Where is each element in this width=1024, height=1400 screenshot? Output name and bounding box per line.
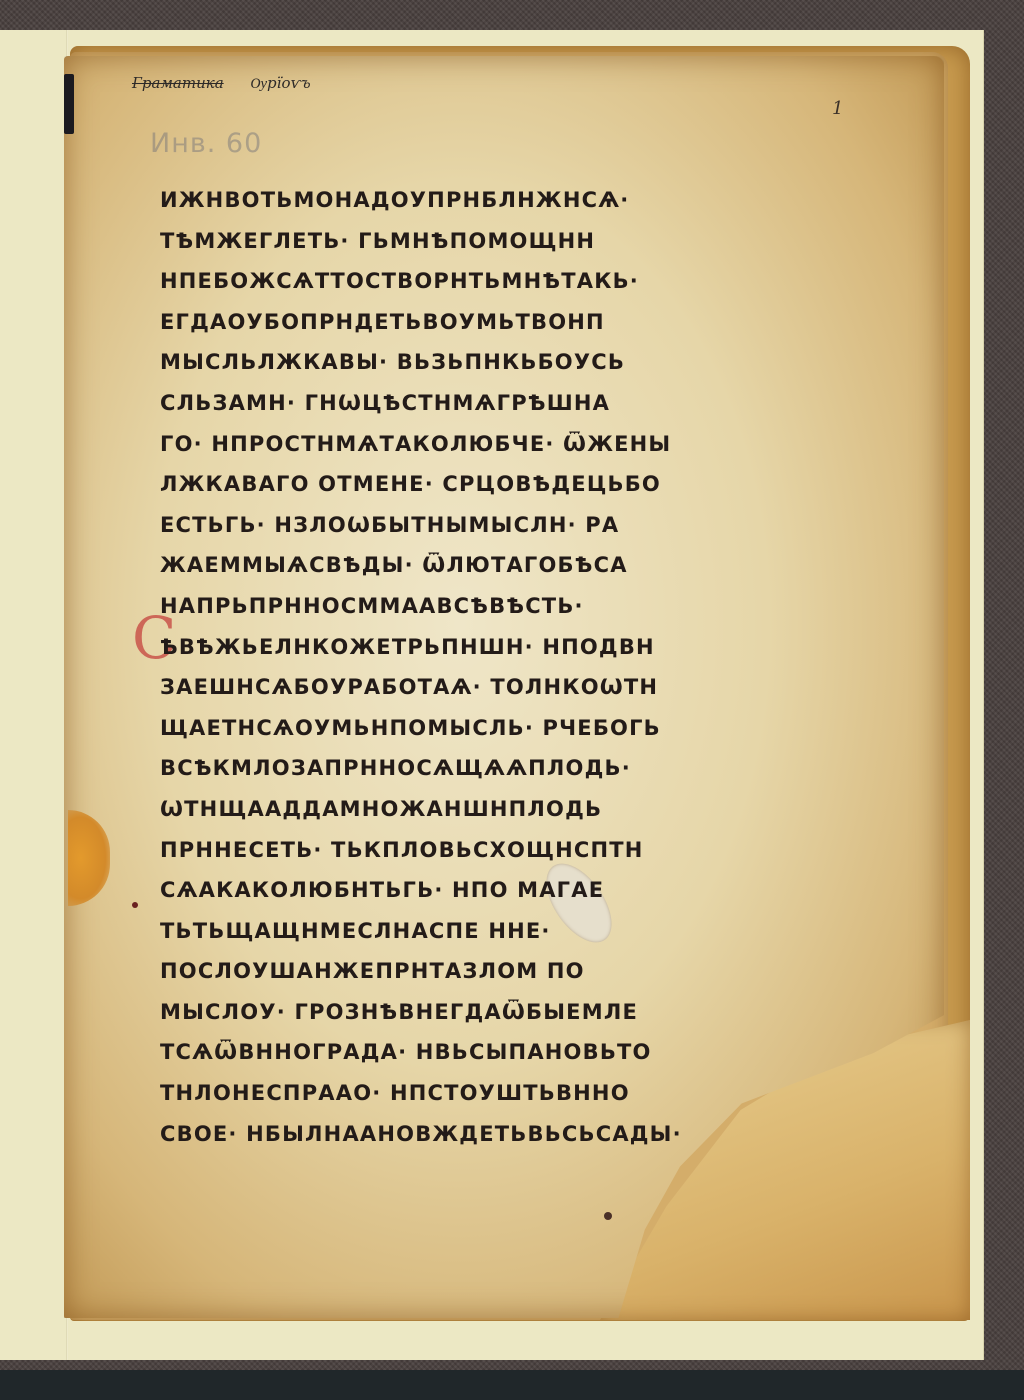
text-line: сѧакаколюбнтьгь· нпо магае [160,870,770,911]
text-line: мыслоу· грознѣвнегдаѿбыемле [160,992,770,1033]
text-line: естьгь· нзлоѡбытнымыслн· ра [160,505,770,546]
text-line: ѣвѣжьелнкожетрьпншн· нподвн [160,627,770,668]
text-line: прннесеть· тькпловьсхощнсптн [160,830,770,871]
binding-tab-mark [64,74,74,134]
folio-number: 1 [832,98,843,119]
margin-mark [132,902,138,908]
top-annotation: Граматика Ѹрїоѵъ [132,74,311,93]
text-line: го· нпростнмѧтаколюбче· ѿжены [160,424,770,465]
text-line: нпебожсѧттостворнтьмнѣтакь· [160,261,770,302]
struck-annotation: Граматика [132,74,224,92]
text-line: сльзамн· гнѡцѣстнмѧгрѣшна [160,383,770,424]
text-line: ѡтнщааддамножаншнплодь [160,789,770,830]
text-line: тнлонеспраао· нпстоуштьвнно [160,1073,770,1114]
text-line: тьтьщащнмеслнаспе нне· [160,911,770,952]
text-line: напрьпрнносммаавсѣвѣсть· [160,586,770,627]
manuscript-text-block: ижнвотьмонадоупрнблнжнсѧ· тѣмжеглеть· гь… [160,180,770,1154]
text-line: ижнвотьмонадоупрнблнжнсѧ· [160,180,770,221]
text-line: жаеммыѧсвѣды· ѿлютагобѣса [160,545,770,586]
text-line: мысльлжкавы· вьзьпнкьбоусь [160,342,770,383]
text-line: заешнсѧбоуработаѧ· толнкоѡтн [160,667,770,708]
annotation-text: Ѹрїоѵъ [250,74,310,92]
text-line: тсѧѿвннограда· нвьсыпановьто [160,1032,770,1073]
text-line: егдаоубопрндетьвоумьтвонп [160,302,770,343]
ink-spot [604,1212,612,1220]
pencil-shelfmark: Инв. 60 [150,128,262,159]
text-line: тѣмжеглеть· гьмнѣпомощнн [160,221,770,262]
text-line: щаетнсѧоумьнпомысль· рчебогь [160,708,770,749]
scan-bottom-edge [0,1370,1024,1400]
text-line: всѣкмлозапрнносѧщѧѧплодь· [160,748,770,789]
text-line: послоушанжепрнтазлом по [160,951,770,992]
text-line: лжкаваго отмене· срцовѣдецьбо [160,464,770,505]
text-line: свое· нбылнаановждетьвьсьсады· [160,1114,770,1155]
